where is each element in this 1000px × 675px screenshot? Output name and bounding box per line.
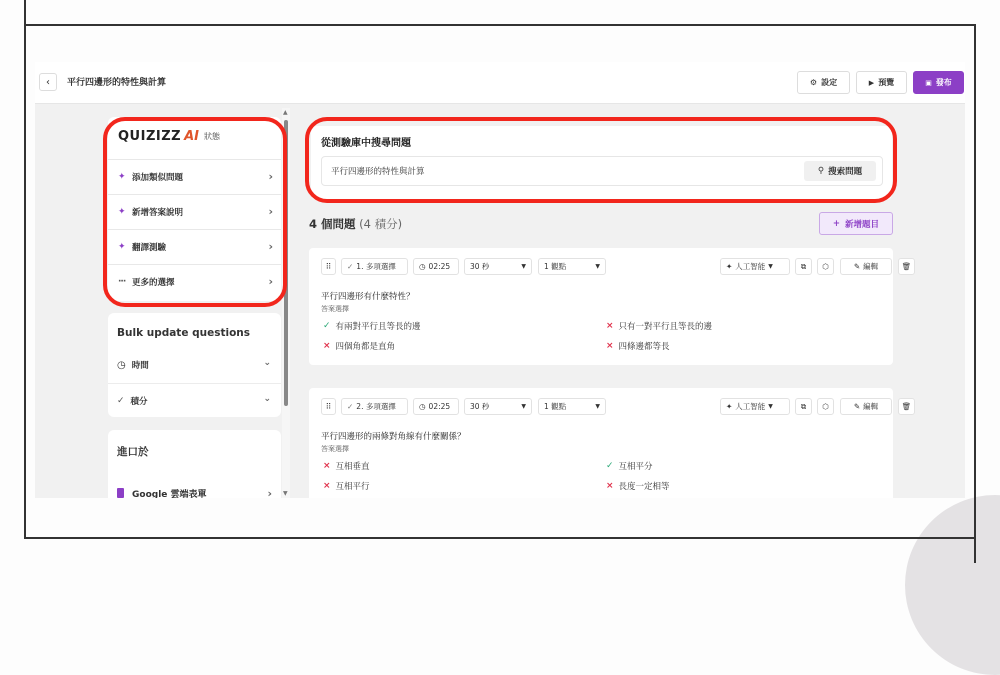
caret-down-icon: ▼ bbox=[768, 263, 773, 270]
points-select[interactable]: 1 觀點 ▼ bbox=[538, 258, 606, 275]
clock-icon: ◷ bbox=[419, 402, 426, 411]
caret-down-icon: ▼ bbox=[595, 263, 600, 270]
answer-option: ×長度一定相等 bbox=[606, 480, 670, 492]
question-type-badge[interactable]: ✓ 1. 多項選擇 bbox=[341, 258, 408, 275]
plus-icon: + bbox=[833, 219, 840, 229]
option-text: 長度一定相等 bbox=[619, 480, 670, 492]
question-text: 平行四邊形有什麼特性？ bbox=[321, 290, 415, 302]
copy-icon: ⧉ bbox=[801, 262, 806, 272]
caret-down-icon: ▼ bbox=[521, 403, 526, 410]
delete-button[interactable]: 🗑 bbox=[898, 258, 915, 275]
delete-button[interactable]: 🗑 bbox=[898, 398, 915, 415]
ai-menu-label: 人工智能 bbox=[735, 261, 765, 272]
ai-item-label: 翻譯測驗 bbox=[132, 241, 166, 253]
import-title: 進口於 bbox=[117, 444, 149, 459]
bulk-row-label: 時間 bbox=[132, 359, 149, 371]
question-type-label: 1. 多項選擇 bbox=[356, 261, 396, 272]
scrollbar-thumb[interactable] bbox=[284, 120, 288, 406]
points-value: 1 觀點 bbox=[544, 261, 566, 272]
more-dots-icon: ··· bbox=[118, 277, 132, 287]
question-time-badge[interactable]: ◷ 02:25 bbox=[413, 258, 459, 275]
answer-option: ×互相平行 bbox=[323, 480, 370, 492]
answer-option: ×只有一對平行且等長的邊 bbox=[606, 320, 712, 332]
top-bar: ‹ 平行四邊形的特性與計算 ⚙ 設定 ▶ 預覽 ▣ 發布 bbox=[35, 62, 965, 104]
answer-option: ×四條邊都等長 bbox=[606, 340, 670, 352]
ai-item-label: 新增答案說明 bbox=[132, 206, 183, 218]
pencil-icon: ✎ bbox=[854, 262, 860, 271]
brand-ai: AI bbox=[184, 129, 199, 144]
question-card: ⠿ ✓ 2. 多項選擇 ◷ 02:25 30 秒 ▼ 1 觀點 ▼ ✦ 人工智能… bbox=[309, 388, 893, 498]
sparkle-icon: ✦ bbox=[118, 172, 132, 182]
question-bank-search-card: 從測驗庫中搜尋問題 ⚲ 搜索問題 bbox=[311, 126, 892, 200]
answer-option: ×四個角都是直角 bbox=[323, 340, 395, 352]
drag-handle[interactable]: ⠿ bbox=[321, 398, 336, 415]
option-text: 四個角都是直角 bbox=[336, 340, 396, 352]
duration-value: 30 秒 bbox=[470, 401, 489, 412]
incorrect-x-icon: × bbox=[606, 341, 614, 351]
trash-icon: 🗑 bbox=[902, 402, 912, 411]
incorrect-x-icon: × bbox=[323, 341, 331, 351]
option-text: 有兩對平行且等長的邊 bbox=[336, 320, 421, 332]
ai-add-answer-explanation[interactable]: ✦ 新增答案說明 › bbox=[108, 194, 281, 229]
check-icon: ✓ bbox=[347, 262, 353, 271]
play-icon: ▶ bbox=[869, 79, 874, 87]
bulk-row-label: 積分 bbox=[131, 395, 148, 407]
ai-menu-button[interactable]: ✦ 人工智能 ▼ bbox=[720, 398, 790, 415]
sparkle-icon: ✦ bbox=[118, 207, 132, 217]
copy-icon: ⧉ bbox=[801, 402, 806, 412]
chevron-down-icon: ⌄ bbox=[263, 358, 271, 368]
chevron-right-icon: › bbox=[267, 487, 272, 499]
chevron-left-icon: ‹ bbox=[46, 77, 50, 88]
chevron-right-icon: › bbox=[268, 205, 273, 218]
question-text: 平行四邊形的兩條對角線有什麼關係？ bbox=[321, 430, 466, 442]
frame-line-right bbox=[974, 24, 976, 563]
answer-option: ×互相垂直 bbox=[323, 460, 370, 472]
question-count-label: 4 個問題 bbox=[309, 217, 356, 231]
option-text: 互相平行 bbox=[336, 480, 370, 492]
settings-label: 設定 bbox=[821, 77, 837, 88]
page-title: 平行四邊形的特性與計算 bbox=[67, 75, 166, 88]
pencil-icon: ✎ bbox=[854, 402, 860, 411]
bulk-update-title: Bulk update questions bbox=[117, 327, 250, 339]
questions-count: 4 個問題 (4 積分) bbox=[309, 216, 402, 232]
drag-handle[interactable]: ⠿ bbox=[321, 258, 336, 275]
ai-translate-quiz[interactable]: ✦ 翻譯測驗 › bbox=[108, 229, 281, 264]
chevron-right-icon: › bbox=[268, 275, 273, 288]
ai-item-label: 添加類似問題 bbox=[132, 171, 183, 183]
time-label: 02:25 bbox=[429, 262, 451, 271]
import-card: 進口於 Google 雲端表單 › bbox=[108, 430, 281, 498]
duration-select[interactable]: 30 秒 ▼ bbox=[464, 258, 532, 275]
search-title: 從測驗庫中搜尋問題 bbox=[321, 134, 411, 149]
quiz-editor-window: ‹ 平行四邊形的特性與計算 ⚙ 設定 ▶ 預覽 ▣ 發布 QUIZIZZ AI … bbox=[35, 62, 965, 498]
answer-choices-label: 答案選擇 bbox=[321, 304, 349, 314]
edit-button[interactable]: ✎ 編輯 bbox=[840, 398, 892, 415]
sparkle-icon: ✦ bbox=[118, 242, 132, 252]
frame-line-top bbox=[24, 24, 976, 26]
check-icon: ✓ bbox=[117, 396, 125, 406]
preview-label: 預覽 bbox=[878, 77, 894, 88]
search-button-label: 搜索問題 bbox=[828, 165, 862, 177]
scroll-up-arrow[interactable]: ▲ bbox=[283, 109, 288, 116]
time-label: 02:25 bbox=[429, 402, 451, 411]
quizizz-ai-logo: QUIZIZZ AI 狀態 bbox=[118, 129, 220, 144]
search-icon: ⚲ bbox=[818, 166, 824, 176]
question-type-badge[interactable]: ✓ 2. 多項選擇 bbox=[341, 398, 408, 415]
chevron-right-icon: › bbox=[268, 240, 273, 253]
answer-choices-label: 答案選擇 bbox=[321, 444, 349, 454]
duplicate-button[interactable]: ⧉ bbox=[795, 258, 812, 275]
answer-option: ✓有兩對平行且等長的邊 bbox=[323, 320, 421, 332]
correct-check-icon: ✓ bbox=[606, 461, 614, 471]
incorrect-x-icon: × bbox=[606, 481, 614, 491]
ai-more-options[interactable]: ··· 更多的選擇 › bbox=[108, 264, 281, 299]
ai-item-label: 更多的選擇 bbox=[132, 276, 175, 288]
points-total-label: (4 積分) bbox=[359, 217, 402, 231]
import-google-forms[interactable]: Google 雲端表單 › bbox=[117, 483, 272, 498]
clock-icon: ◷ bbox=[419, 262, 426, 271]
question-card: ⠿ ✓ 1. 多項選擇 ◷ 02:25 30 秒 ▼ 1 觀點 ▼ ✦ 人工智能… bbox=[309, 248, 893, 365]
ai-menu-button[interactable]: ✦ 人工智能 ▼ bbox=[720, 258, 790, 275]
sidebar-scrollbar[interactable]: ▲ ▼ bbox=[282, 108, 290, 498]
option-text: 只有一對平行且等長的邊 bbox=[619, 320, 713, 332]
duplicate-button[interactable]: ⧉ bbox=[795, 398, 812, 415]
bulk-update-card: Bulk update questions ◷ 時間 ⌄ ✓ 積分 ⌄ bbox=[108, 313, 281, 417]
preview-button[interactable]: ▶ 預覽 bbox=[856, 71, 907, 94]
correct-check-icon: ✓ bbox=[323, 321, 331, 331]
frame-line-left bbox=[24, 0, 26, 539]
check-icon: ✓ bbox=[347, 402, 353, 411]
tag-button[interactable]: ⬡ bbox=[817, 258, 834, 275]
answer-option: ✓互相平分 bbox=[606, 460, 653, 472]
points-value: 1 觀點 bbox=[544, 401, 566, 412]
question-time-badge[interactable]: ◷ 02:25 bbox=[413, 398, 459, 415]
publish-label: 發布 bbox=[936, 77, 952, 88]
option-text: 互相平分 bbox=[619, 460, 653, 472]
duration-value: 30 秒 bbox=[470, 261, 489, 272]
brand-name: QUIZIZZ bbox=[118, 129, 181, 144]
clock-icon: ◷ bbox=[117, 360, 126, 371]
chevron-right-icon: › bbox=[268, 170, 273, 183]
ai-status-label: 狀態 bbox=[204, 131, 220, 142]
caret-down-icon: ▼ bbox=[595, 403, 600, 410]
ai-add-similar-questions[interactable]: ✦ 添加類似問題 › bbox=[108, 159, 281, 194]
save-icon: ▣ bbox=[925, 79, 932, 87]
edit-button[interactable]: ✎ 編輯 bbox=[840, 258, 892, 275]
settings-button[interactable]: ⚙ 設定 bbox=[797, 71, 850, 94]
sparkle-icon: ✦ bbox=[726, 262, 732, 271]
question-type-label: 2. 多項選擇 bbox=[356, 401, 396, 412]
caret-down-icon: ▼ bbox=[521, 263, 526, 270]
incorrect-x-icon: × bbox=[323, 461, 331, 471]
back-button[interactable]: ‹ bbox=[39, 73, 57, 91]
ai-menu-label: 人工智能 bbox=[735, 401, 765, 412]
quizizz-ai-card: QUIZIZZ AI 狀態 ✦ 添加類似問題 › ✦ 新增答案說明 › ✦ 翻譯… bbox=[108, 117, 281, 301]
points-select[interactable]: 1 觀點 ▼ bbox=[538, 398, 606, 415]
chevron-down-icon: ⌄ bbox=[263, 394, 271, 404]
caret-down-icon: ▼ bbox=[768, 403, 773, 410]
import-item-label: Google 雲端表單 bbox=[132, 487, 207, 499]
edit-label: 編輯 bbox=[863, 261, 878, 272]
scroll-down-arrow[interactable]: ▼ bbox=[283, 490, 288, 497]
drag-handle-icon: ⠿ bbox=[326, 262, 332, 271]
option-text: 四條邊都等長 bbox=[619, 340, 670, 352]
search-input[interactable] bbox=[331, 166, 731, 176]
gear-icon: ⚙ bbox=[810, 78, 817, 87]
drag-handle-icon: ⠿ bbox=[326, 402, 332, 411]
incorrect-x-icon: × bbox=[606, 321, 614, 331]
edit-label: 編輯 bbox=[863, 401, 878, 412]
frame-line-bottom bbox=[24, 537, 976, 539]
duration-select[interactable]: 30 秒 ▼ bbox=[464, 398, 532, 415]
incorrect-x-icon: × bbox=[323, 481, 331, 491]
trash-icon: 🗑 bbox=[902, 262, 912, 271]
publish-button[interactable]: ▣ 發布 bbox=[913, 71, 964, 94]
sparkle-icon: ✦ bbox=[726, 402, 732, 411]
bulk-time-dropdown[interactable]: ◷ 時間 ⌄ bbox=[108, 348, 281, 382]
tag-icon: ⬡ bbox=[822, 402, 829, 411]
bulk-points-dropdown[interactable]: ✓ 積分 ⌄ bbox=[108, 383, 281, 417]
add-question-button[interactable]: + 新增題目 bbox=[819, 212, 893, 235]
option-text: 互相垂直 bbox=[336, 460, 370, 472]
decorative-circle bbox=[905, 495, 1000, 563]
tag-icon: ⬡ bbox=[822, 262, 829, 271]
google-forms-icon bbox=[117, 488, 124, 498]
search-box: ⚲ 搜索問題 bbox=[321, 156, 883, 186]
add-question-label: 新增題目 bbox=[845, 218, 879, 230]
tag-button[interactable]: ⬡ bbox=[817, 398, 834, 415]
search-questions-button[interactable]: ⚲ 搜索問題 bbox=[804, 161, 876, 181]
